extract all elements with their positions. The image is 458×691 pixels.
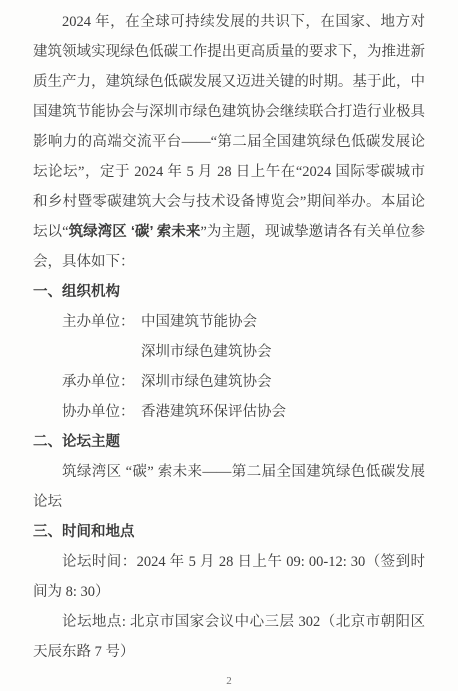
section-heading-forum-theme: 二、论坛主题 [33, 427, 425, 457]
forum-theme-paragraph: 筑绿湾区 “碳” 索未来——第二届全国建筑绿色低碳发展论坛 [33, 457, 425, 517]
org-label-host-2 [62, 337, 141, 367]
forum-time-paragraph: 论坛时间：2024 年 5 月 28 日上午 09: 00-12: 30（签到时… [33, 547, 425, 607]
org-row-host-2: 深圳市绿色建筑协会 [33, 337, 425, 367]
forum-place-paragraph: 论坛地点: 北京市国家会议中心三层 302（北京市朝阳区天辰东路 7 号） [33, 607, 425, 667]
org-row-organizer: 承办单位： 深圳市绿色建筑协会 [33, 367, 425, 397]
org-label-host: 主办单位： [62, 307, 141, 337]
page-number: 2 [0, 675, 458, 687]
section-heading-organization: 一、组织机构 [33, 277, 425, 307]
org-value-host-2: 深圳市绿色建筑协会 [141, 337, 425, 367]
intro-text-pre: 2024 年，在全球可持续发展的共识下，在国家、地方对建筑领域实现绿色低碳工作提… [33, 14, 425, 240]
org-value-organizer: 深圳市绿色建筑协会 [141, 367, 425, 397]
org-label-co-organizer: 协办单位： [62, 397, 141, 427]
section-heading-time-place: 三、时间和地点 [33, 517, 425, 547]
intro-paragraph: 2024 年，在全球可持续发展的共识下，在国家、地方对建筑领域实现绿色低碳工作提… [33, 7, 425, 277]
forum-theme-bold: 筑绿湾区 ‘碳’ 索未来 [69, 224, 201, 240]
org-value-co-organizer: 香港建筑环保评估协会 [141, 397, 425, 427]
document-page: 2024 年，在全球可持续发展的共识下，在国家、地方对建筑领域实现绿色低碳工作提… [0, 0, 458, 691]
org-row-host: 主办单位： 中国建筑节能协会 [33, 307, 425, 337]
org-value-host: 中国建筑节能协会 [141, 307, 425, 337]
org-label-organizer: 承办单位： [62, 367, 141, 397]
org-row-co-organizer: 协办单位： 香港建筑环保评估协会 [33, 397, 425, 427]
